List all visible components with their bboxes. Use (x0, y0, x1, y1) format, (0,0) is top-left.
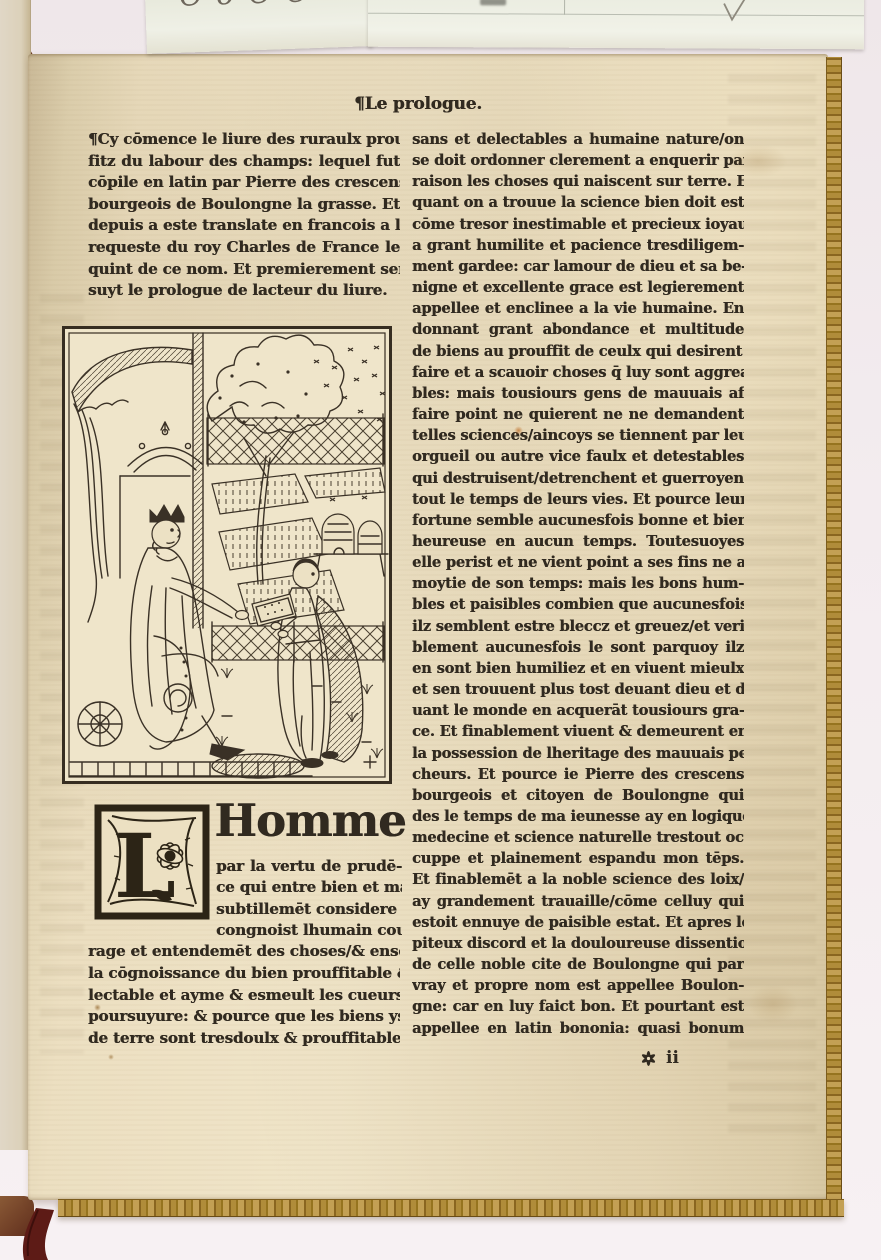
text-line: cōme tresor inestimable et precieux ioya… (412, 214, 744, 235)
text-line: se doit ordonner clerement a enquerir pa… (412, 150, 744, 171)
running-title: ¶Le prologue. (88, 94, 748, 114)
photo-backdrop: ¶Le prologue. ¶Cy cōmence le liure des r… (0, 0, 881, 1260)
book-page: ¶Le prologue. ¶Cy cōmence le liure des r… (28, 54, 828, 1200)
gilt-bottom-edge (58, 1199, 844, 1217)
printed-text-block: ¶Le prologue. ¶Cy cōmence le liure des r… (88, 54, 748, 1200)
text-line: ment gardee: car lamour de dieu et sa be… (412, 256, 744, 277)
text-line: telles sciences/aincoys se tiennent par … (412, 425, 744, 446)
text-line: ¶Cy cōmence le liure des ruraulx prouf (88, 129, 400, 151)
text-line: fortune semble aucunesfois bonne et bien (412, 510, 744, 531)
text-line: ce qui entre bien et mal (216, 877, 402, 898)
text-line: gne: car en luy faict bon. Et pourtant e… (412, 996, 744, 1017)
handwritten-shelfmark: CoCC (178, 0, 371, 14)
slip-rule (564, 0, 565, 15)
text-line: bles et paisibles combien que aucunesfoi… (412, 594, 744, 615)
initial-letter-woodcut: L (94, 804, 210, 920)
shelfmark-slip: CoCC (145, 0, 373, 54)
text-line: a grant humilite et pacience tresdiligem… (412, 235, 744, 256)
text-line: appellee en latin bononia: quasi bonum (412, 1018, 744, 1039)
checkmark-icon (720, 0, 750, 22)
text-line: poursuyure: & pource que les biens yssan… (88, 1006, 400, 1028)
text-line: bourgeois et citoyen de Boulongne qui (412, 785, 744, 806)
text-line: elle perist et ne vient point a ses fins… (412, 552, 744, 573)
text-line: rage et entendemēt des choses/& enseigne (88, 941, 400, 963)
signature-text: ii (666, 1048, 679, 1068)
text-line: moytie de son temps: mais les bons hum- (412, 573, 744, 594)
text-line: fitz du labour des champs: lequel fut (88, 151, 400, 173)
decorated-initial-block: L (94, 804, 210, 920)
text-line: et sen trouuent plus tost deuant dieu et… (412, 679, 744, 700)
text-line: cheurs. Et pource ie Pierre des crescens (412, 764, 744, 785)
text-line: quant on a trouue la science bien doit e… (412, 192, 744, 213)
text-line: bourgeois de Boulongne la grasse. Et (88, 194, 400, 216)
text-line: ilz semblent estre bleccz et greuez/et v… (412, 616, 744, 637)
bookmark-ribbon (14, 1206, 84, 1260)
stain (748, 984, 798, 1024)
text-line: suyt le prologue de lacteur du liure. (88, 280, 400, 302)
text-line: tout le temps de leurs vies. Et pource l… (412, 489, 744, 510)
text-line: de biens au prouffit de ceulx qui desire… (412, 341, 744, 362)
left-column-body: rage et entendemēt des choses/& enseigne… (88, 941, 400, 1050)
pillar (193, 333, 203, 628)
text-line: ay grandement trauaille/cōme celluy qui (412, 891, 744, 912)
text-line: nigne et excellente grace est legieremen… (412, 277, 744, 298)
text-line: des le temps de ma ieunesse ay en logiqu… (412, 806, 744, 827)
text-line: orgueil ou autre vice faulx et detestabl… (412, 446, 744, 467)
text-line: la possession de lheritage des mauuais p… (412, 743, 744, 764)
text-line: bles: mais tousiours gens de mauuais af (412, 383, 744, 404)
text-line: subtillemēt considere & (216, 899, 402, 920)
woodcut-illustration (62, 326, 392, 784)
drop-word: Homme (214, 794, 406, 847)
text-line: la cōgnoissance du bien prouffitable & d… (88, 963, 400, 985)
signature-mark: ii (640, 1048, 679, 1068)
cover-edge (0, 0, 31, 1150)
text-line: heureuse en aucun temps. Toutesuoyes (412, 531, 744, 552)
flower-asterisk-icon (640, 1050, 657, 1067)
text-line: congnoist lhumain cou (216, 920, 402, 941)
left-column-beside-initial: par la vertu de prudē-ce qui entre bien … (216, 856, 402, 941)
text-line: faire et a scauoir choses q̄ luy sont ag… (412, 362, 744, 383)
text-line: cuppe et plainement espandu mon tēps. (412, 848, 744, 869)
text-line: donnant grant abondance et multitude (412, 319, 744, 340)
left-column-intro: ¶Cy cōmence le liure des ruraulx prouffi… (88, 129, 400, 302)
text-line: depuis a este translate en francois a la (88, 215, 400, 237)
text-line: en sont bien humiliez et en viuent mieul… (412, 658, 744, 679)
woodcut-presentation-scene (62, 326, 392, 784)
text-line: appellee et enclinee a la vie humaine. E… (412, 298, 744, 319)
text-line: quint de ce nom. Et premierement sen- (88, 259, 400, 281)
text-line: estoit ennuye de paisible estat. Et apre… (412, 912, 744, 933)
text-line: medecine et science naturelle trestout o… (412, 827, 744, 848)
text-line: sans et delectables a humaine nature/on (412, 129, 744, 150)
text-line: requeste du roy Charles de France le (88, 237, 400, 259)
text-line: faire point ne quierent ne ne demandent (412, 404, 744, 425)
text-line: raison les choses qui naiscent sur terre… (412, 171, 744, 192)
text-line: vray et propre nom est appellee Boulon- (412, 975, 744, 996)
text-line: Et finablemēt a la noble science des loi… (412, 869, 744, 890)
catalog-slip (368, 0, 864, 49)
text-line: uant le monde en acquerāt tousiours gra- (412, 700, 744, 721)
gilt-fore-edge (826, 57, 842, 1199)
text-line: de celle noble cite de Boulongne qui par (412, 954, 744, 975)
text-line: ce. Et finablement viuent & demeurent en (412, 721, 744, 742)
text-line: blement aucunesfois le sont parquoy ilz (412, 637, 744, 658)
text-line: piteux discord et la douloureuse dissent… (412, 933, 744, 954)
slip-small-print (480, 0, 506, 5)
text-line: par la vertu de prudē- (216, 856, 402, 877)
text-line: lectable et ayme & esmeult les cueurs a … (88, 985, 400, 1007)
text-line: de terre sont tresdoulx & prouffitables/… (88, 1028, 400, 1050)
right-column: sans et delectables a humaine nature/ons… (412, 129, 744, 1039)
text-line: qui destruisent/detrenchent et guerroyen… (412, 468, 744, 489)
slip-rule (368, 13, 864, 17)
text-line: cōpile en latin par Pierre des crescens (88, 172, 400, 194)
